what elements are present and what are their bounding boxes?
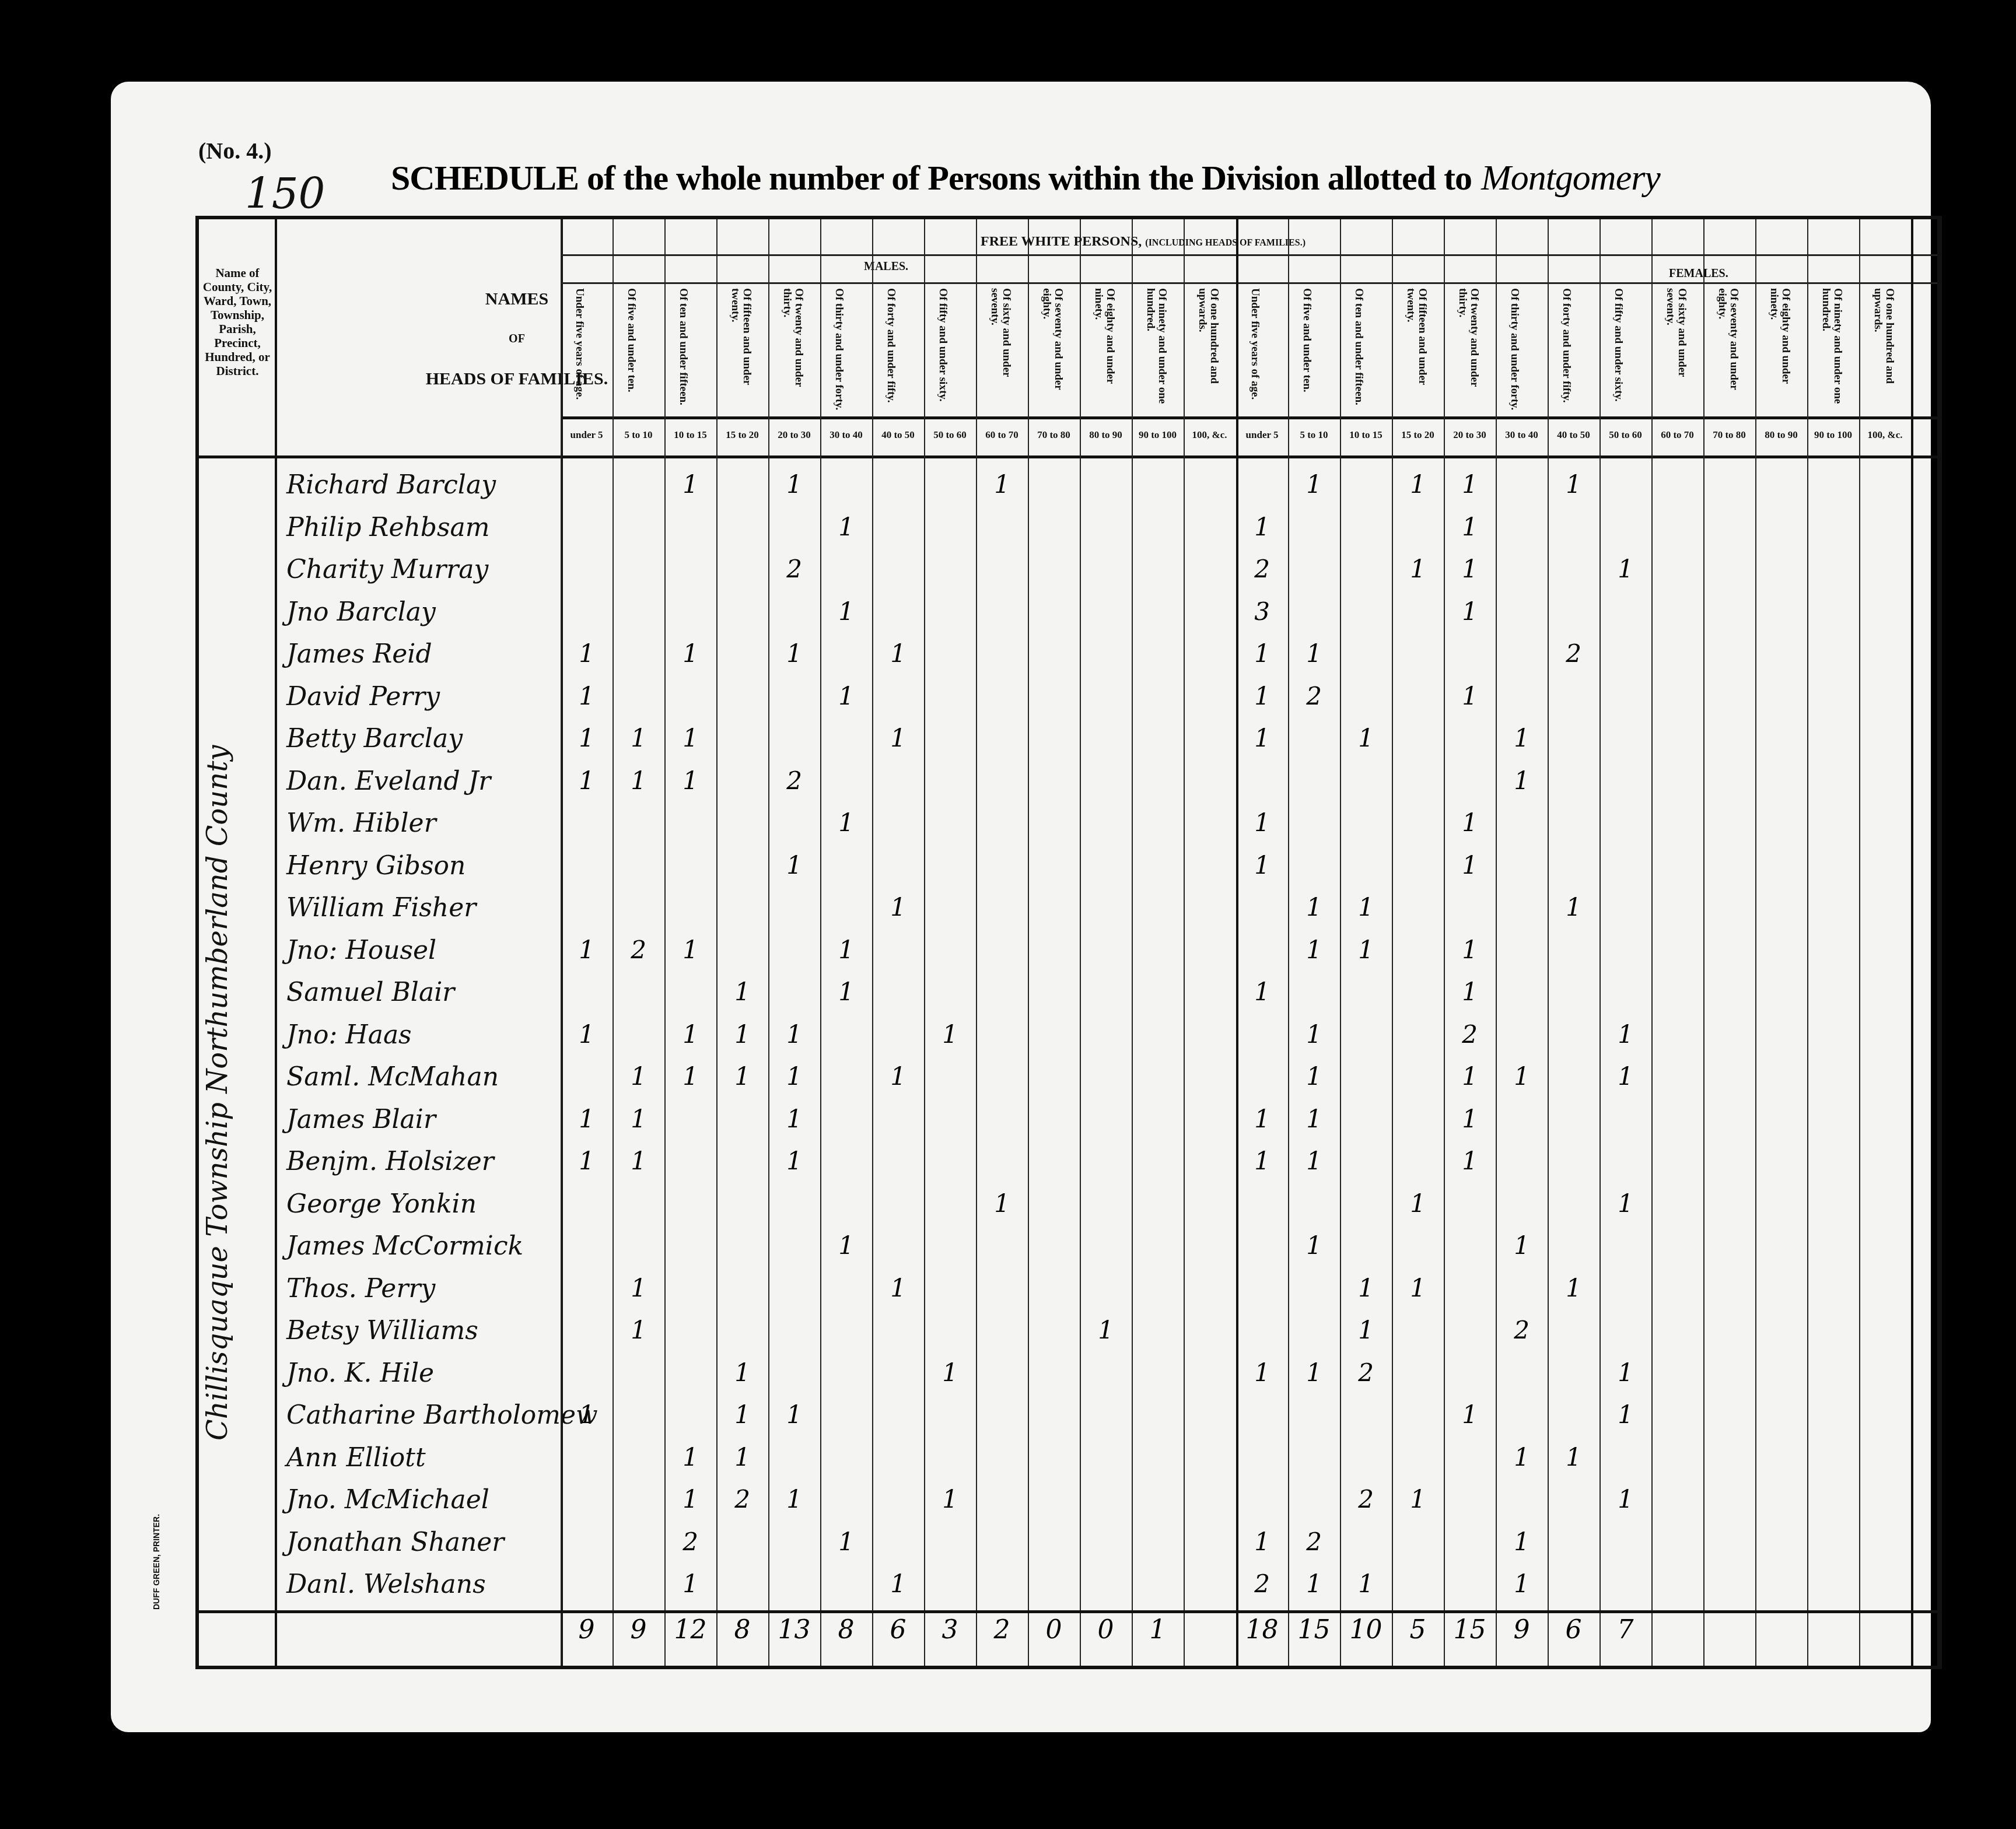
female-count-cell: 1 xyxy=(1608,555,1643,583)
female-count-cell: 1 xyxy=(1401,1189,1436,1218)
male-age-range: 60 to 70 xyxy=(976,429,1028,441)
male-count-cell: 1 xyxy=(777,1105,812,1133)
female-count-cell: 1 xyxy=(1452,597,1487,626)
female-age-desc: Of ten and under fifteen. xyxy=(1353,288,1364,411)
male-count-cell: 1 xyxy=(673,935,708,964)
head-of-family-name: Dan. Eveland Jr xyxy=(286,766,491,796)
household-row: James Blair111111 xyxy=(199,1105,1937,1147)
head-of-family-name: Jno: Haas xyxy=(286,1020,412,1050)
female-count-cell: 1 xyxy=(1297,1231,1332,1260)
household-row: Philip Rehbsam111 xyxy=(199,513,1937,555)
male-count-cell: 8 xyxy=(829,1615,864,1645)
female-age-range: 10 to 15 xyxy=(1340,429,1392,441)
female-count-cell: 1 xyxy=(1504,1569,1539,1598)
female-age-desc: Of sixty and under seventy. xyxy=(1664,288,1688,411)
household-row: William Fisher1111 xyxy=(199,893,1937,935)
female-count-cell: 6 xyxy=(1556,1615,1591,1645)
household-row: Catharine Bartholomew11111 xyxy=(199,1400,1937,1443)
female-count-cell: 1 xyxy=(1452,513,1487,541)
female-count-cell: 1 xyxy=(1401,1485,1436,1513)
female-age-range: 20 to 30 xyxy=(1444,429,1496,441)
female-count-cell: 5 xyxy=(1401,1615,1436,1645)
male-count-cell: 9 xyxy=(569,1615,604,1645)
female-age-desc: Of one hundred and upwards. xyxy=(1872,288,1895,411)
female-count-cell: 1 xyxy=(1556,893,1591,921)
female-count-cell: 2 xyxy=(1452,1020,1487,1049)
female-count-cell: 1 xyxy=(1297,1147,1332,1175)
head-of-family-name: Benjm. Holsizer xyxy=(286,1147,494,1176)
male-count-cell: 1 xyxy=(777,851,812,880)
form-number: (No. 4.) xyxy=(198,137,272,164)
household-row: Dan. Eveland Jr11121 xyxy=(199,766,1937,809)
female-count-cell: 1 xyxy=(1608,1358,1643,1387)
head-of-family-name: Charity Murray xyxy=(286,555,488,584)
female-count-cell: 1 xyxy=(1608,1020,1643,1049)
female-count-cell: 1 xyxy=(1297,935,1332,964)
female-count-cell: 1 xyxy=(1245,513,1280,541)
male-age-range: 40 to 50 xyxy=(872,429,924,441)
male-count-cell: 1 xyxy=(621,1316,656,1344)
male-count-cell: 1 xyxy=(673,470,708,499)
female-age-range: under 5 xyxy=(1236,429,1288,441)
male-count-cell: 1 xyxy=(569,724,604,752)
male-count-cell: 1 xyxy=(777,639,812,668)
male-age-desc: Of ninety and under one hundred. xyxy=(1144,288,1168,411)
male-age-range: 90 to 100 xyxy=(1132,429,1184,441)
male-count-cell: 2 xyxy=(621,935,656,964)
totals-row: 99128138632001181510515967 xyxy=(199,1615,1937,1658)
female-count-cell: 1 xyxy=(1245,808,1280,837)
household-row: Richard Barclay1111111 xyxy=(199,470,1937,513)
male-count-cell: 6 xyxy=(881,1615,916,1645)
head-of-family-name: Jonathan Shaner xyxy=(286,1527,504,1557)
female-count-cell: 1 xyxy=(1504,1062,1539,1091)
female-count-cell: 2 xyxy=(1297,682,1332,710)
males-header: MALES. xyxy=(864,260,908,274)
female-count-cell: 1 xyxy=(1452,851,1487,880)
male-count-cell: 13 xyxy=(777,1615,812,1645)
male-count-cell: 1 xyxy=(621,766,656,795)
male-age-desc: Of eighty and under ninety. xyxy=(1093,288,1116,411)
male-count-cell: 1 xyxy=(569,1020,604,1049)
head-of-family-name: William Fisher xyxy=(286,893,476,923)
household-row: Betsy Williams1112 xyxy=(199,1316,1937,1358)
female-age-range: 90 to 100 xyxy=(1807,429,1859,441)
female-age-desc: Of ninety and under one hundred. xyxy=(1820,288,1843,411)
male-age-range: 50 to 60 xyxy=(924,429,976,441)
male-count-cell: 1 xyxy=(673,639,708,668)
male-count-cell: 1 xyxy=(829,977,864,1006)
female-count-cell: 1 xyxy=(1245,1358,1280,1387)
female-count-cell: 15 xyxy=(1452,1615,1487,1645)
head-of-family-name: James Blair xyxy=(286,1105,436,1134)
females-header: FEMALES. xyxy=(1669,267,1728,281)
household-row: Saml. McMahan111111111 xyxy=(199,1062,1937,1105)
female-count-cell: 2 xyxy=(1245,1569,1280,1598)
household-row: Danl. Welshans112111 xyxy=(199,1569,1937,1612)
male-count-cell: 1 xyxy=(673,1020,708,1049)
female-count-cell: 1 xyxy=(1504,766,1539,795)
female-count-cell: 1 xyxy=(1452,1062,1487,1091)
female-count-cell: 1 xyxy=(1297,1569,1332,1598)
male-count-cell: 1 xyxy=(621,1105,656,1133)
female-count-cell: 1 xyxy=(1608,1062,1643,1091)
head-of-family-name: Catharine Bartholomew xyxy=(286,1400,598,1430)
male-count-cell: 3 xyxy=(933,1615,968,1645)
household-row: Jno. McMichael1211211 xyxy=(199,1485,1937,1527)
district-handwritten: Chillisquaque Township Northumberland Co… xyxy=(201,745,234,1441)
male-count-cell: 1 xyxy=(673,766,708,795)
male-age-desc: Of thirty and under forty. xyxy=(833,288,845,411)
female-count-cell: 1 xyxy=(1401,555,1436,583)
male-age-range: 80 to 90 xyxy=(1080,429,1132,441)
male-count-cell: 1 xyxy=(829,808,864,837)
male-age-desc: Of fifteen and under twenty. xyxy=(729,288,752,411)
head-of-family-name: Betsy Williams xyxy=(286,1316,478,1346)
household-row: James McCormick111 xyxy=(199,1231,1937,1274)
female-age-range: 60 to 70 xyxy=(1651,429,1703,441)
male-count-cell: 1 xyxy=(933,1485,968,1513)
male-count-cell: 1 xyxy=(725,1443,760,1471)
household-row: Charity Murray22111 xyxy=(199,555,1937,597)
household-row: Wm. Hibler111 xyxy=(199,808,1937,851)
female-count-cell: 1 xyxy=(1504,1527,1539,1556)
household-row: Betty Barclay1111111 xyxy=(199,724,1937,766)
male-age-desc: Of twenty and under thirty. xyxy=(781,288,804,411)
household-row: Ann Elliott1111 xyxy=(199,1443,1937,1485)
male-count-cell: 1 xyxy=(1140,1615,1175,1645)
male-count-cell: 2 xyxy=(725,1485,760,1513)
female-count-cell: 2 xyxy=(1349,1358,1384,1387)
female-count-cell: 2 xyxy=(1556,639,1591,668)
male-count-cell: 1 xyxy=(777,1400,812,1429)
male-count-cell: 1 xyxy=(673,1569,708,1598)
female-count-cell: 2 xyxy=(1349,1485,1384,1513)
female-count-cell: 1 xyxy=(1452,1105,1487,1133)
divider xyxy=(561,282,1937,284)
page-number: 150 xyxy=(245,169,325,218)
male-count-cell: 1 xyxy=(881,639,916,668)
female-count-cell: 1 xyxy=(1349,935,1384,964)
female-age-desc: Of fifteen and under twenty. xyxy=(1405,288,1428,411)
male-age-range: 20 to 30 xyxy=(768,429,820,441)
male-age-range: 100, &c. xyxy=(1184,429,1235,441)
free-white-persons-header: FREE WHITE PERSONS, (INCLUDING HEADS OF … xyxy=(981,234,1305,250)
female-count-cell: 1 xyxy=(1349,1316,1384,1344)
male-count-cell: 1 xyxy=(673,1485,708,1513)
household-row: Jno. K. Hile111121 xyxy=(199,1358,1937,1401)
male-count-cell: 1 xyxy=(621,1062,656,1091)
head-of-family-name: James Reid xyxy=(286,639,432,669)
male-count-cell: 1 xyxy=(569,766,604,795)
female-count-cell: 1 xyxy=(1504,1443,1539,1471)
male-age-range: 15 to 20 xyxy=(716,429,768,441)
household-row: Jno: Haas11111121 xyxy=(199,1020,1937,1063)
male-count-cell: 1 xyxy=(829,935,864,964)
male-age-desc: Of sixty and under seventy. xyxy=(989,288,1012,411)
household-row: Benjm. Holsizer111111 xyxy=(199,1147,1937,1189)
head-of-family-name: Ann Elliott xyxy=(286,1443,426,1473)
female-age-desc: Of twenty and under thirty. xyxy=(1457,288,1480,411)
female-count-cell: 2 xyxy=(1504,1316,1539,1344)
household-row: James Reid1111112 xyxy=(199,639,1937,682)
household-row: Jno: Housel1211111 xyxy=(199,935,1937,978)
female-count-cell: 1 xyxy=(1504,1231,1539,1260)
female-count-cell: 1 xyxy=(1556,1274,1591,1302)
male-count-cell: 1 xyxy=(725,1020,760,1049)
totals-rule xyxy=(199,1610,1937,1613)
male-count-cell: 2 xyxy=(777,766,812,795)
head-of-family-name: Jno. K. Hile xyxy=(286,1358,434,1388)
male-count-cell: 2 xyxy=(985,1615,1020,1645)
female-count-cell: 2 xyxy=(1297,1527,1332,1556)
divider xyxy=(561,416,1937,419)
male-count-cell: 1 xyxy=(673,1062,708,1091)
female-count-cell: 3 xyxy=(1245,597,1280,626)
male-count-cell: 9 xyxy=(621,1615,656,1645)
female-count-cell: 1 xyxy=(1297,1062,1332,1091)
household-row: Samuel Blair1111 xyxy=(199,977,1937,1020)
male-count-cell: 1 xyxy=(1088,1316,1123,1344)
household-row: Jno Barclay131 xyxy=(199,597,1937,640)
female-age-range: 70 to 80 xyxy=(1703,429,1755,441)
female-count-cell: 1 xyxy=(1245,977,1280,1006)
male-count-cell: 1 xyxy=(621,1147,656,1175)
female-count-cell: 1 xyxy=(1245,682,1280,710)
female-count-cell: 10 xyxy=(1349,1615,1384,1645)
male-count-cell: 1 xyxy=(569,935,604,964)
female-count-cell: 1 xyxy=(1297,1020,1332,1049)
female-age-range: 15 to 20 xyxy=(1392,429,1444,441)
female-count-cell: 1 xyxy=(1245,1147,1280,1175)
male-count-cell: 0 xyxy=(1088,1615,1123,1645)
male-age-desc: Of fifty and under sixty. xyxy=(937,288,949,411)
male-count-cell: 1 xyxy=(933,1358,968,1387)
female-age-range: 100, &c. xyxy=(1859,429,1911,441)
female-count-cell: 1 xyxy=(1401,1274,1436,1302)
head-of-family-name: Richard Barclay xyxy=(286,470,496,500)
female-age-range: 30 to 40 xyxy=(1496,429,1548,441)
male-age-range: 30 to 40 xyxy=(820,429,872,441)
page-title: SCHEDULE of the whole number of Persons … xyxy=(391,157,1660,199)
female-count-cell: 1 xyxy=(1349,893,1384,921)
head-of-family-name: Jno: Housel xyxy=(286,935,436,965)
male-count-cell: 1 xyxy=(829,597,864,626)
head-of-family-name: Samuel Blair xyxy=(286,977,454,1007)
title-printed: SCHEDULE of the whole number of Persons … xyxy=(391,159,1472,197)
male-count-cell: 1 xyxy=(985,470,1020,499)
head-of-family-name: Philip Rehbsam xyxy=(286,513,490,542)
male-age-desc: Of ten and under fifteen. xyxy=(677,288,689,411)
female-age-desc: Of eighty and under ninety. xyxy=(1768,288,1791,411)
title-county-handwritten: Montgomery xyxy=(1481,158,1660,198)
female-count-cell: 1 xyxy=(1608,1485,1643,1513)
district-column-header: Name of County, City, Ward, Town, Townsh… xyxy=(202,266,272,378)
household-row: George Yonkin111 xyxy=(199,1189,1937,1232)
female-age-desc: Under five years of age. xyxy=(1249,288,1261,411)
male-count-cell: 1 xyxy=(777,1147,812,1175)
male-count-cell: 0 xyxy=(1037,1615,1072,1645)
female-age-desc: Of five and under ten. xyxy=(1301,288,1312,411)
male-count-cell: 8 xyxy=(725,1615,760,1645)
male-count-cell: 1 xyxy=(725,1400,760,1429)
female-age-range: 80 to 90 xyxy=(1755,429,1807,441)
female-count-cell: 1 xyxy=(1452,1400,1487,1429)
female-count-cell: 1 xyxy=(1452,682,1487,710)
female-count-cell: 1 xyxy=(1297,639,1332,668)
female-count-cell: 1 xyxy=(1245,639,1280,668)
male-count-cell: 2 xyxy=(777,555,812,583)
male-age-range: 10 to 15 xyxy=(664,429,716,441)
male-count-cell: 1 xyxy=(569,639,604,668)
male-age-range: 70 to 80 xyxy=(1028,429,1080,441)
female-count-cell: 1 xyxy=(1452,935,1487,964)
male-count-cell: 1 xyxy=(985,1189,1020,1218)
female-count-cell: 15 xyxy=(1297,1615,1332,1645)
male-count-cell: 1 xyxy=(673,1443,708,1471)
female-count-cell: 1 xyxy=(1297,470,1332,499)
female-count-cell: 1 xyxy=(1401,470,1436,499)
female-age-desc: Of fifty and under sixty. xyxy=(1612,288,1624,411)
female-count-cell: 1 xyxy=(1452,808,1487,837)
household-row: Henry Gibson111 xyxy=(199,851,1937,894)
female-count-cell: 1 xyxy=(1297,893,1332,921)
female-count-cell: 18 xyxy=(1245,1615,1280,1645)
male-count-cell: 1 xyxy=(777,1485,812,1513)
male-count-cell: 1 xyxy=(829,513,864,541)
female-count-cell: 1 xyxy=(1297,1105,1332,1133)
female-count-cell: 1 xyxy=(1245,724,1280,752)
female-count-cell: 1 xyxy=(1297,1358,1332,1387)
male-count-cell: 1 xyxy=(933,1020,968,1049)
female-count-cell: 1 xyxy=(1245,851,1280,880)
head-of-family-name: George Yonkin xyxy=(286,1189,477,1219)
household-row: Jonathan Shaner21121 xyxy=(199,1527,1937,1570)
male-count-cell: 1 xyxy=(881,1569,916,1598)
divider xyxy=(561,254,1937,256)
head-of-family-name: Saml. McMahan xyxy=(286,1062,499,1092)
census-table: Name of County, City, Ward, Town, Townsh… xyxy=(195,216,1942,1669)
female-age-desc: Of seventy and under eighty. xyxy=(1716,288,1739,411)
male-age-desc: Of forty and under fifty. xyxy=(885,288,897,411)
female-count-cell: 7 xyxy=(1608,1615,1643,1645)
male-count-cell: 1 xyxy=(725,1062,760,1091)
male-age-desc: Of one hundred and upwards. xyxy=(1196,288,1220,411)
head-of-family-name: Danl. Welshans xyxy=(286,1569,486,1599)
male-age-desc: Of seventy and under eighty. xyxy=(1041,288,1064,411)
male-count-cell: 1 xyxy=(881,1274,916,1302)
female-age-desc: Of thirty and under forty. xyxy=(1508,288,1520,411)
female-count-cell: 1 xyxy=(1349,724,1384,752)
head-of-family-name: Thos. Perry xyxy=(286,1274,435,1304)
female-age-desc: Of forty and under fifty. xyxy=(1560,288,1572,411)
male-count-cell: 2 xyxy=(673,1527,708,1556)
male-count-cell: 1 xyxy=(725,977,760,1006)
female-count-cell: 1 xyxy=(1452,977,1487,1006)
female-count-cell: 1 xyxy=(1452,1147,1487,1175)
male-count-cell: 1 xyxy=(673,724,708,752)
female-count-cell: 1 xyxy=(1556,470,1591,499)
male-count-cell: 1 xyxy=(881,893,916,921)
female-count-cell: 1 xyxy=(1556,1443,1591,1471)
printer-mark: DUFF GREEN, PRINTER. xyxy=(152,1514,161,1610)
male-count-cell: 1 xyxy=(881,724,916,752)
male-count-cell: 1 xyxy=(829,682,864,710)
male-count-cell: 1 xyxy=(569,1147,604,1175)
male-count-cell: 1 xyxy=(777,1062,812,1091)
female-count-cell: 2 xyxy=(1245,555,1280,583)
female-count-cell: 1 xyxy=(1349,1569,1384,1598)
head-of-family-name: David Perry xyxy=(286,682,440,712)
female-count-cell: 1 xyxy=(1504,724,1539,752)
male-count-cell: 12 xyxy=(673,1615,708,1645)
female-age-range: 5 to 10 xyxy=(1288,429,1340,441)
head-of-family-name: Jno. McMichael xyxy=(286,1485,489,1515)
male-count-cell: 1 xyxy=(881,1062,916,1091)
head-of-family-name: Betty Barclay xyxy=(286,724,463,754)
female-count-cell: 1 xyxy=(1452,470,1487,499)
household-row: David Perry11121 xyxy=(199,682,1937,724)
male-count-cell: 1 xyxy=(569,1400,604,1429)
female-age-range: 50 to 60 xyxy=(1599,429,1651,441)
female-count-cell: 1 xyxy=(1608,1189,1643,1218)
female-count-cell: 1 xyxy=(1608,1400,1643,1429)
head-of-family-name: Wm. Hibler xyxy=(286,808,436,838)
male-age-desc: Of five and under ten. xyxy=(625,288,637,411)
header-bottom-rule xyxy=(199,456,1937,458)
female-count-cell: 1 xyxy=(1245,1527,1280,1556)
head-of-family-name: Henry Gibson xyxy=(286,851,466,881)
male-count-cell: 1 xyxy=(621,724,656,752)
male-age-range: under 5 xyxy=(561,429,612,441)
female-count-cell: 9 xyxy=(1504,1615,1539,1645)
male-count-cell: 1 xyxy=(569,1105,604,1133)
female-count-cell: 1 xyxy=(1452,555,1487,583)
male-count-cell: 1 xyxy=(829,1231,864,1260)
female-count-cell: 1 xyxy=(1245,1105,1280,1133)
male-age-desc: Under five years of age. xyxy=(573,288,585,411)
head-of-family-name: Jno Barclay xyxy=(286,597,436,627)
male-age-range: 5 to 10 xyxy=(612,429,664,441)
male-count-cell: 1 xyxy=(725,1358,760,1387)
male-count-cell: 1 xyxy=(569,682,604,710)
male-count-cell: 1 xyxy=(621,1274,656,1302)
household-row: Thos. Perry11111 xyxy=(199,1274,1937,1316)
head-of-family-name: James McCormick xyxy=(286,1231,523,1261)
female-age-range: 40 to 50 xyxy=(1548,429,1599,441)
male-count-cell: 1 xyxy=(777,1020,812,1049)
male-count-cell: 1 xyxy=(777,470,812,499)
male-count-cell: 1 xyxy=(829,1527,864,1556)
female-count-cell: 1 xyxy=(1349,1274,1384,1302)
